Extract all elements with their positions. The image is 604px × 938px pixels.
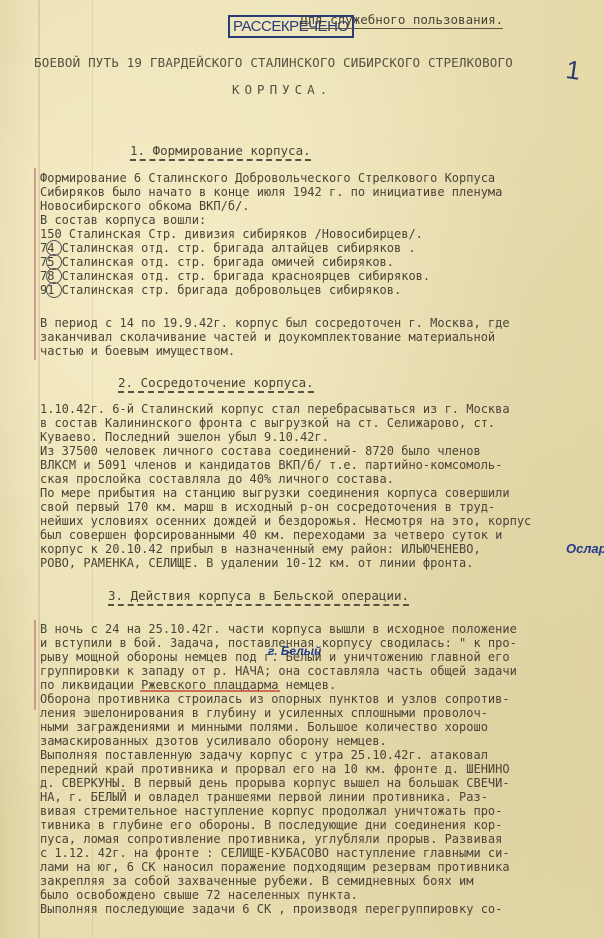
text-line: ления эшелонирования в глубину и усиленн…	[40, 706, 488, 720]
classification-text: Для служебного пользования.	[300, 12, 503, 27]
text-line: 91 Сталинская стр. бригада добровольцев …	[40, 283, 401, 297]
handwritten-margin-note: Осларь	[566, 541, 604, 556]
text-line: Из 37500 человек личного состава соедине…	[40, 444, 481, 458]
text-line: корпус к 20.10.42 прибыл в назначенный е…	[40, 542, 481, 556]
section-3-heading: 3. Действия корпуса в Бельской операции.	[108, 588, 409, 606]
text-line: В период с 14 по 19.9.42г. корпус был со…	[40, 316, 510, 330]
text-line: тивника в глубине его обороны. В последу…	[40, 818, 502, 832]
text-line: нейших условиях осенних дождей и бездоро…	[40, 514, 531, 528]
text-line: ская прослойка составляла до 40% личного…	[40, 472, 394, 486]
text-line: пуса, ломая сопротивление противника, уг…	[40, 832, 502, 846]
margin-pencil-bar	[34, 620, 36, 710]
margin-pencil-bar	[34, 168, 36, 360]
text-line: 74 Сталинская отд. стр. бригада алтайцев…	[40, 241, 416, 255]
text-line: По мере прибытия на станцию выгрузки сое…	[40, 486, 510, 500]
handwritten-page-number: 1	[564, 54, 583, 87]
text-line: Выполняя поставленную задачу корпус с ут…	[40, 748, 488, 762]
text-line: замаскированных дзотов усиливало оборону…	[40, 734, 387, 748]
text-line: НА, г. БЕЛЫЙ и овладел траншеями первой …	[40, 790, 488, 804]
text-line: Оборона противника строилась из опорных …	[40, 692, 510, 706]
text-line: закрепляя за собой захваченные рубежи. В…	[40, 874, 473, 888]
text-line: РОВО, РАМЕНКА, СЕЛИЩЕ. В удалении 10-12 …	[40, 556, 473, 570]
pencil-circle-mark	[46, 282, 62, 298]
text-line: было освобождено свыше 72 населенных пун…	[40, 888, 358, 902]
handwritten-insert: г. Белый	[268, 644, 321, 658]
section-1-heading: 1. Формирование корпуса.	[130, 143, 311, 161]
section-2-heading: 2. Сосредоточение корпуса.	[118, 375, 314, 393]
text-line: 150 Сталинская Стр. дивизия сибиряков /Н…	[40, 227, 423, 241]
text-line: заканчивал сколачивание частей и доукомп…	[40, 330, 495, 344]
text-line: вивая стремительное наступление корпус п…	[40, 804, 502, 818]
text-line: Выполняя последующие задачи 6 СК , произ…	[40, 902, 502, 916]
classification-underline	[300, 28, 503, 29]
text-line: Куваево. Последний эшелон убыл 9.10.42г.	[40, 430, 329, 444]
text-line: В состав корпуса вошли:	[40, 213, 206, 227]
document-title-line-1: БОЕВОЙ ПУТЬ 19 ГВАРДЕЙСКОГО СТАЛИНСКОГО …	[34, 55, 594, 70]
text-line: Сибиряков было начато в конце июля 1942 …	[40, 185, 502, 199]
archival-document-page: РАССЕКРЕЧЕНО Для служебного пользования.…	[0, 0, 604, 938]
text-line: лами на юг, 6 СК наносил поражение подхо…	[40, 860, 510, 874]
text-line: передний край противника и прорвал его н…	[40, 762, 510, 776]
text-line: был совершен форсированными 40 км. перех…	[40, 528, 502, 542]
text-line: Новосибирского обкома ВКП/б/.	[40, 199, 250, 213]
text-line: Формирование 6 Сталинского Добровольческ…	[40, 171, 495, 185]
document-title-line-2: КОРПУСА.	[232, 82, 332, 97]
text-line: частью и боевым имуществом.	[40, 344, 235, 358]
text-line: свой первый 170 км. марш в исходный р-он…	[40, 500, 495, 514]
text-line: ВЛКСМ и 5091 членов и кандидатов ВКП/б/ …	[40, 458, 502, 472]
text-line: 78 Сталинская отд. стр. бригада краснояр…	[40, 269, 430, 283]
text-line: группировки к западу от р. НАЧА; она сос…	[40, 664, 517, 678]
text-line: 1.10.42г. 6-й Сталинский корпус стал пер…	[40, 402, 510, 416]
text-line: 75 Сталинская отд. стр. бригада омичей с…	[40, 255, 394, 269]
text-line: В ночь с 24 на 25.10.42г. части корпуса …	[40, 622, 517, 636]
text-line: д. СВЕРКУНЫ. В первый день прорыва корпу…	[40, 776, 510, 790]
classification-label: Для служебного пользования.	[300, 12, 503, 27]
text-line: с 1.12. 42г. на фронте : СЕЛИЩЕ-КУБАСОВО…	[40, 846, 510, 860]
text-line: в состав Калининского фронта с выгрузкой…	[40, 416, 495, 430]
text-line: ными заграждениями и минными полями. Бол…	[40, 720, 488, 734]
